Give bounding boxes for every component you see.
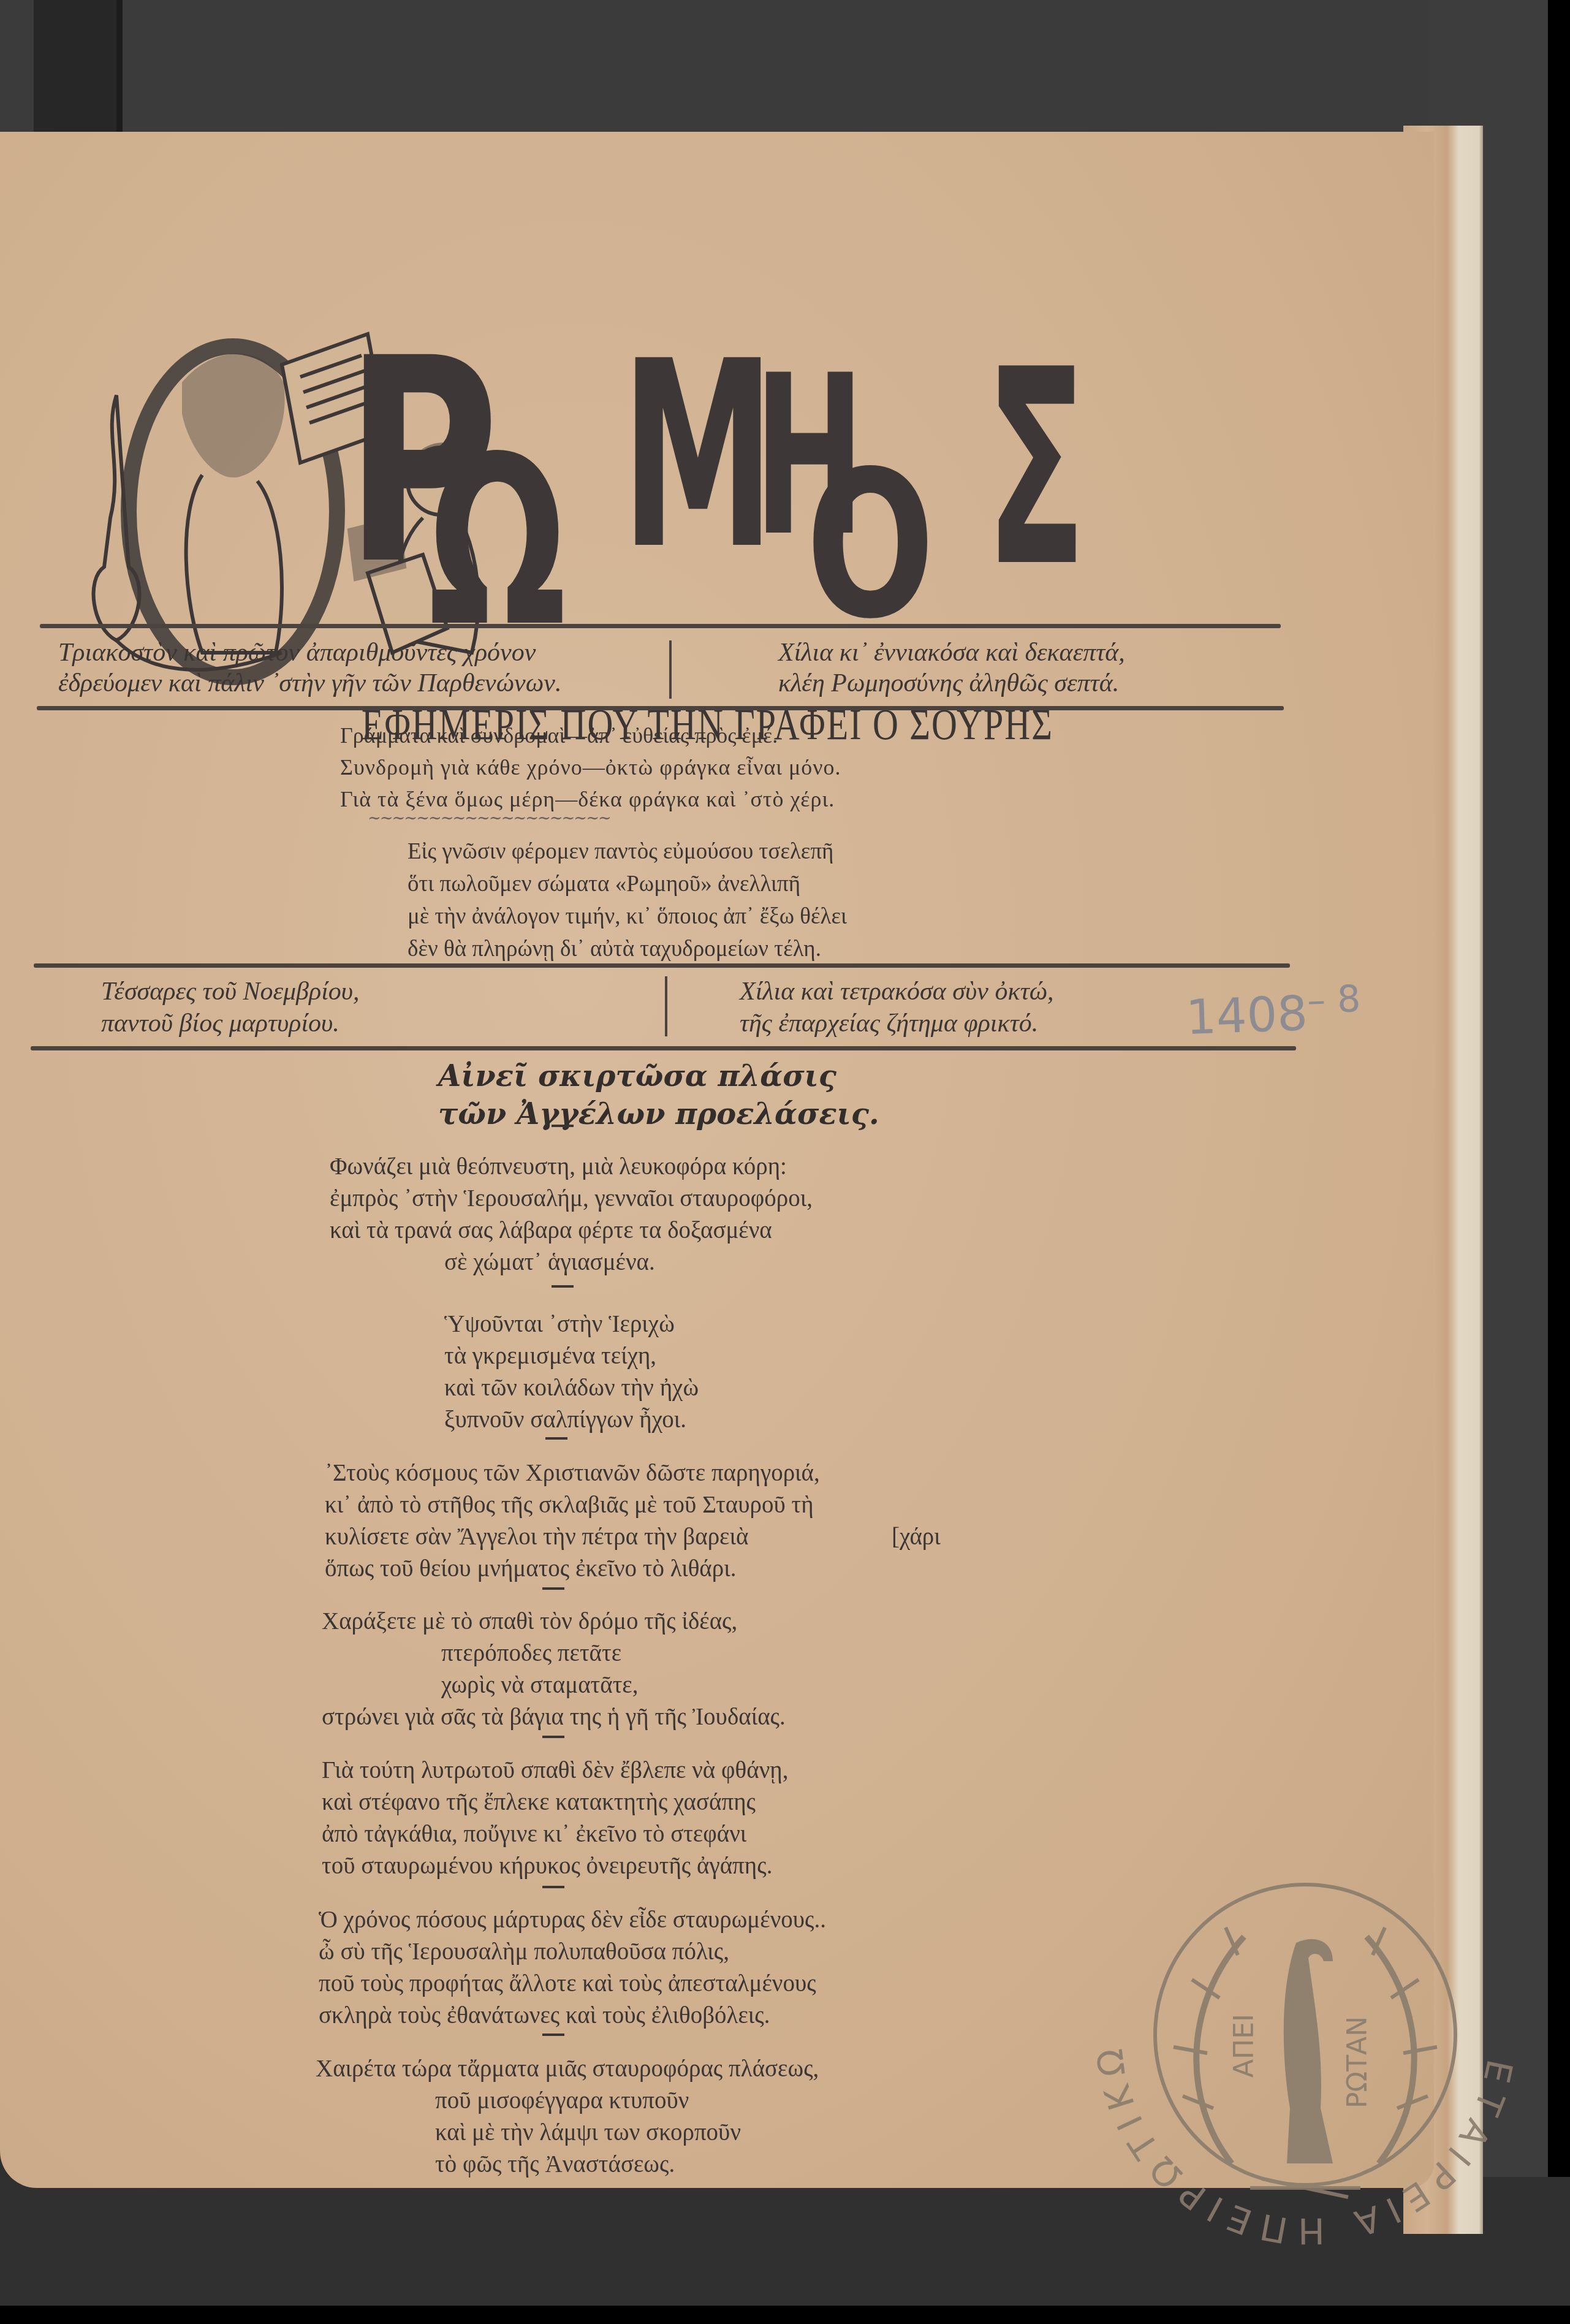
header-right-line-2: κλέη Ρωμηοσύνης ἀληθῶς σεπτά. xyxy=(778,668,1119,699)
poem-line: ᾽Στοὺς κόσμους τῶν Χριστιανῶν δῶστε παρη… xyxy=(325,1457,820,1489)
header-left-line-2: ἐδρεύομεν καὶ πάλιν ᾽στὴν γῆν τῶν Παρθεν… xyxy=(58,668,561,699)
book-spine-strip xyxy=(34,0,123,147)
poem-line: ἀπὸ τἀγκάθια, ποὔγινε κι᾽ ἐκεῖνο τὸ στεφ… xyxy=(322,1818,746,1850)
scan-edge-bottom xyxy=(0,2306,1570,2324)
stanza-separator xyxy=(552,1285,574,1288)
poem-line: σκληρὰ τοὺς ἐθανάτωνες καὶ τοὺς ἐλιθοβόλ… xyxy=(319,2000,770,2032)
header-right-line-1: Χίλια κι᾽ ἐννιακόσα καὶ δεκαεπτά, xyxy=(778,637,1125,668)
poem-line: Χαράξετε μὲ τὸ σπαθὶ τὸν δρόμο τῆς ἰδέας… xyxy=(322,1606,737,1638)
notice-line-3: μὲ τὴν ἀνάλογον τιμήν, κι᾽ ὅποιος ἀπ᾽ ἔξ… xyxy=(408,900,847,933)
poem-line: σὲ χώματ᾽ ἁγιασμένα. xyxy=(444,1247,655,1278)
date-rule-top xyxy=(34,963,1290,968)
poem-line: ξυπνοῦν σαλπίγγων ἦχοι. xyxy=(444,1404,686,1436)
eagle-seal-icon: ΕΤΑΙΡΕΙΑ ΗΠΕΙΡΩΤΙΚΩΝ ΜΕΛΕΤΩΝ ΑΠΕΙ ΡΩΤΑΝ xyxy=(1091,1820,1520,2249)
date-right-line-2: τῆς ἐπαρχείας ζήτημα φρικτό. xyxy=(740,1008,1038,1039)
library-stamp: ΕΤΑΙΡΕΙΑ ΗΠΕΙΡΩΤΙΚΩΝ ΜΕΛΕΤΩΝ ΑΠΕΙ ΡΩΤΑΝ xyxy=(1091,1820,1520,2249)
poem-line: Φωνάζει μιὰ θεόπνευστη, μιὰ λευκοφόρα κό… xyxy=(330,1151,787,1183)
date-rule-bottom xyxy=(31,1046,1296,1050)
logo-letter-sigma: Σ xyxy=(985,334,1086,604)
poem-line: Ὑψοῦνται ᾽στὴν Ἱεριχὼ xyxy=(444,1308,675,1340)
masthead-title: Ρ Ω Μ Η Ο Σ xyxy=(264,322,1244,665)
poem-line: χωρὶς νὰ σταματᾶτε, xyxy=(441,1669,638,1701)
poem-line: πτερόποδες πετᾶτε xyxy=(441,1638,621,1669)
poem-title-line-1: Αἰνεῖ σκιρτῶσα πλάσις xyxy=(438,1057,836,1095)
poem-line: τοῦ σταυρωμένου κήρυκος ὀνειρευτῆς ἀγάπη… xyxy=(322,1850,772,1882)
poem-line-overflow: [χάρι xyxy=(892,1521,941,1553)
poem-line: κι᾽ ἀπὸ τὸ στῆθος τῆς σκλαβιᾶς μὲ τοῦ Στ… xyxy=(325,1489,814,1521)
poem-line: τὰ γκρεμισμένα τείχη, xyxy=(444,1340,656,1372)
stanza-separator xyxy=(542,1587,564,1590)
notice-line-4: δὲν θὰ πληρώνῃ δι᾽ αὐτὰ ταχυδρομείων τέλ… xyxy=(408,933,821,965)
header-rule-bottom xyxy=(37,706,1284,710)
poem-line: καὶ μὲ τὴν λάμψι των σκορποῦν xyxy=(435,2117,741,2149)
date-left-line-2: παντοῦ βίος μαρτυρίου. xyxy=(101,1008,339,1039)
poem-line: τὸ φῶς τῆς Ἀναστάσεως. xyxy=(435,2149,675,2181)
stanza-separator xyxy=(545,1437,567,1440)
catalog-number: 1408 xyxy=(1185,986,1309,1046)
poem-line: καὶ τῶν κοιλάδων τὴν ἠχὼ xyxy=(444,1372,699,1404)
scan-edge xyxy=(1548,0,1570,2324)
stanza-separator xyxy=(542,1886,564,1888)
book-cover-top xyxy=(0,0,1570,147)
header-left-line-1: Τριακοστὸν καὶ πρῶτον ἀπαριθμοῦντες χρόν… xyxy=(58,637,536,668)
subscription-line-2: Συνδρομὴ γιὰ κάθε χρόνο—ὀκτὼ φράγκα εἶνα… xyxy=(340,752,841,783)
poem-line: ὅπως τοῦ θείου μνήματος ἐκεῖνο τὸ λιθάρι… xyxy=(325,1553,737,1585)
subscription-line-1: Γράμματα καὶ συνδρομαὶ—ἀπ᾽ εὐθείας πρὸς … xyxy=(340,720,778,751)
poem-line: Γιὰ τούτη λυτρωτοῦ σπαθὶ δὲν ἔβλεπε νὰ φ… xyxy=(322,1755,788,1787)
stamp-inner-left: ΑΠΕΙ xyxy=(1229,2014,1260,2078)
stanza-separator xyxy=(542,1736,564,1738)
poem-line: κυλίσετε σὰν Ἄγγελοι τὴν πέτρα τὴν βαρει… xyxy=(325,1521,748,1553)
poem-line: Χαιρέτα τώρα τἄρματα μιᾶς σταυροφόρας πλ… xyxy=(316,2053,819,2085)
date-column-divider xyxy=(665,976,667,1036)
poem-line: ποῦ τοὺς προφήτας ἄλλοτε καὶ τοὺς ἀπεστα… xyxy=(319,1968,816,2000)
stanza-separator xyxy=(542,2033,564,2036)
poem-line: ποῦ μισοφέγγαρα κτυποῦν xyxy=(435,2085,689,2117)
header-rule-top xyxy=(40,624,1281,628)
poem-line: Ὁ χρόνος πόσους μάρτυρας δὲν εἶδε σταυρω… xyxy=(319,1904,826,1936)
handwritten-catalog-number: 1408– 8 xyxy=(1185,978,1362,1046)
date-right-line-1: Χίλια καὶ τετρακόσα σὺν ὀκτώ, xyxy=(740,976,1053,1007)
poem-line: ὦ σὺ τῆς Ἱερουσαλὴμ πολυπαθοῦσα πόλις, xyxy=(319,1936,729,1968)
stanza-separator xyxy=(552,1125,574,1127)
header-column-divider xyxy=(669,640,672,699)
logo-letter-mu: Μ xyxy=(621,328,775,585)
poem-title-line-2: τῶν Ἀγγέλων προελάσεις. xyxy=(438,1095,879,1133)
poem-line: καὶ τὰ τρανά σας λάβαρα φέρτε τα δοξασμέ… xyxy=(330,1215,772,1247)
catalog-suffix: – 8 xyxy=(1306,978,1362,1022)
poem-line: καὶ στέφανο τῆς ἔπλεκε κατακτητὴς χασάπη… xyxy=(322,1787,756,1818)
logo-letter-omicron: Ο xyxy=(806,444,935,647)
poem-line: ἐμπρὸς ᾽στὴν Ἱερουσαλήμ, γενναῖοι σταυρο… xyxy=(330,1183,813,1215)
stamp-inner-right: ΡΩΤΑΝ xyxy=(1342,2016,1373,2108)
poem-line: στρώνει γιὰ σᾶς τὰ βάγια της ἡ γῆ τῆς Ἰο… xyxy=(322,1701,786,1733)
notice-line-2: ὅτι πωλοῦμεν σώματα «Ρωμηοῦ» ἀνελλιπῆ xyxy=(408,868,800,900)
wavy-ornament: ~~~~~~~~~~~~~~~~~~~~ xyxy=(368,809,610,827)
notice-line-1: Εἰς γνῶσιν φέρομεν παντὸς εὐμούσου τσελε… xyxy=(408,835,833,868)
date-left-line-1: Τέσσαρες τοῦ Νοεμβρίου, xyxy=(101,976,360,1007)
